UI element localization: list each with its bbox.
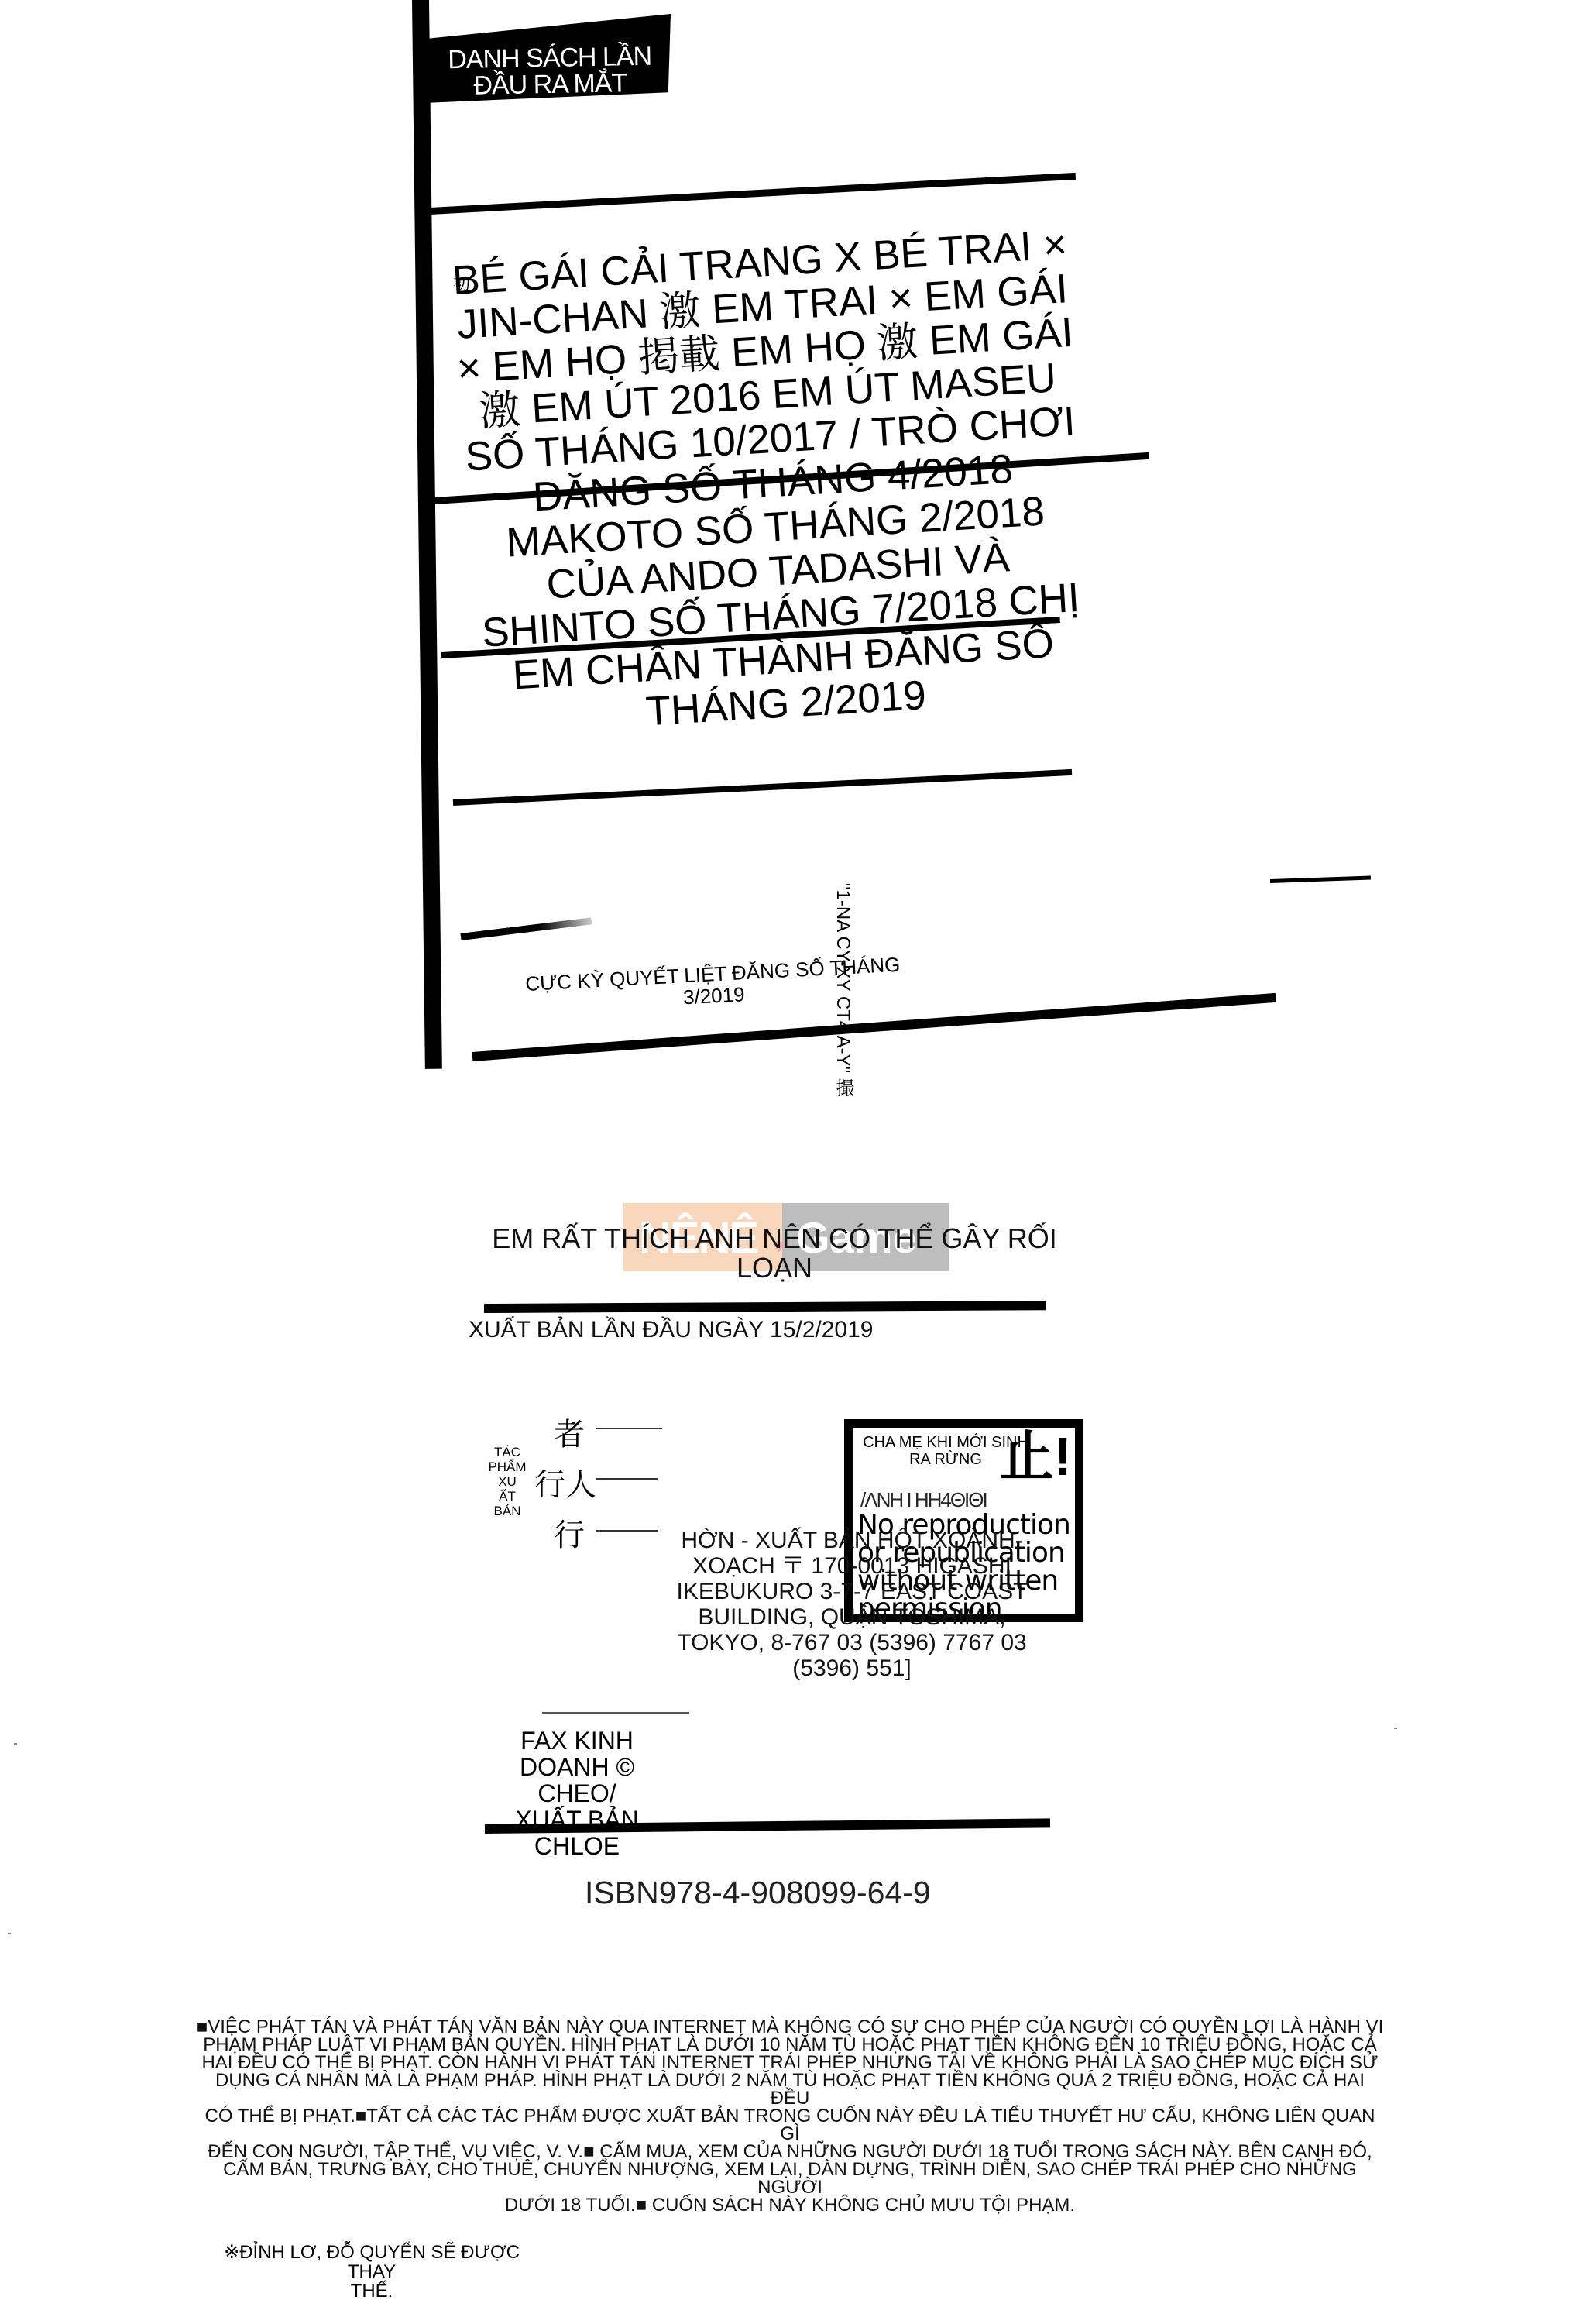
legal-line: ■VIỆC PHÁT TÁN VÀ PHÁT TÁN VĂN BẢN NÀY Q… bbox=[194, 2018, 1386, 2036]
serial-note: CỰC KỲ QUYẾT LIỆT ĐĂNG SỐ THÁNG 3/2019 bbox=[496, 952, 931, 1018]
kanji-author: 者 bbox=[554, 1410, 585, 1454]
credit-label: BẢN bbox=[484, 1504, 531, 1518]
publisher-address: HỜN - XUẤT BẢN HỘT XOÀNH- XOẠCH 〒 170-00… bbox=[643, 1528, 1061, 1681]
credit-label: XU bbox=[484, 1474, 531, 1489]
legal-line: CÓ THỂ BỊ PHẠT.■TẤT CẢ CÁC TÁC PHẨM ĐƯỢC… bbox=[194, 2107, 1386, 2143]
divider-rule bbox=[430, 173, 1076, 215]
scan-speck bbox=[8, 1933, 11, 1934]
fax-copyright: FAX KINH DOANH © CHEO/ XUẤT BẢN CHLOE bbox=[484, 1728, 670, 1859]
footnote: ※ĐỈNH LƠ, ĐỖ QUYỂN SẼ ĐƯỢC THAY THẾ. bbox=[217, 2243, 527, 2301]
credit-dash bbox=[596, 1428, 662, 1429]
credit-labels: TÁC PHẨM XU ẤT BẢN bbox=[484, 1445, 531, 1518]
legal-line: ĐẾN CON NGƯỜI, TẬP THỂ, VỤ VIỆC, V. V.■ … bbox=[194, 2143, 1386, 2161]
stamp-kanji: 止! bbox=[1000, 1429, 1072, 1483]
book-title-line: EM RẤT THÍCH ANH NÊN CÓ THỂ GÂY RỐI bbox=[465, 1224, 1084, 1253]
section-badge-label: DANH SÁCH LẦN ĐẦU RA MẮT bbox=[421, 43, 678, 100]
legal-line: DỤNG CÁ NHÂN MÀ LÀ PHẠM PHÁP. HÌNH PHẠT … bbox=[194, 2071, 1386, 2107]
address-line: BUILDING, QUẬN TOSHIMA, bbox=[643, 1604, 1061, 1630]
isbn: ISBN978-4-908099-64-9 bbox=[585, 1875, 931, 1911]
address-line: HỜN - XUẤT BẢN HỘT XOÀNH- bbox=[643, 1528, 1061, 1553]
footnote-line: THẾ. bbox=[217, 2281, 527, 2301]
legal-line: DƯỚI 18 TUỔI.■ CUỐN SÁCH NÀY KHÔNG CHỦ M… bbox=[194, 2196, 1386, 2214]
divider-rule bbox=[453, 769, 1072, 806]
kanji-publisher: 行人 bbox=[534, 1460, 596, 1504]
divider-rule bbox=[542, 1712, 689, 1714]
legal-line: HAI ĐỀU CÓ THỂ BỊ PHẠT. CÒN HÀNH VI PHÁT… bbox=[194, 2054, 1386, 2071]
credit-label: PHẨM bbox=[484, 1459, 531, 1474]
fax-line: DOANH © CHEO/ bbox=[484, 1754, 670, 1807]
legal-line: CẤM BÁN, TRƯNG BÀY, CHO THUÊ, CHUYỂN NHƯ… bbox=[194, 2161, 1386, 2196]
credit-label: ẤT bbox=[484, 1489, 531, 1504]
fax-line: CHLOE bbox=[484, 1833, 670, 1859]
divider-rule bbox=[460, 917, 592, 940]
kanji-issuer: 行 bbox=[554, 1511, 585, 1555]
publication-list: BÉ GÁI CẢI TRANG X BÉ TRAI × JIN-CHAN 激 … bbox=[441, 222, 1104, 744]
divider-rule bbox=[484, 1301, 1046, 1313]
scan-speck bbox=[1394, 1728, 1397, 1729]
badge-line: DANH SÁCH LẦN bbox=[421, 43, 678, 74]
address-line: (5396) 551] bbox=[643, 1655, 1061, 1681]
first-published-date: XUẤT BẢN LẦN ĐẦU NGÀY 15/2/2019 bbox=[469, 1317, 873, 1343]
fax-line: FAX KINH bbox=[484, 1728, 670, 1754]
credit-label: TÁC bbox=[484, 1445, 531, 1459]
address-line: IKEBUKURO 3-7-7 EAST COAST bbox=[643, 1579, 1061, 1604]
book-title-line: LOẠN bbox=[465, 1253, 1084, 1283]
scan-speck bbox=[14, 1743, 17, 1745]
legal-line: PHẠM PHÁP LUẬT VI PHẠM BẢN QUYỀN. HÌNH P… bbox=[194, 2036, 1386, 2054]
address-line: XOẠCH 〒 170-0013 HIGASHI bbox=[643, 1553, 1061, 1579]
address-line: TOKYO, 8-767 03 (5396) 7767 03 bbox=[643, 1630, 1061, 1655]
frame-vertical-rule bbox=[412, 0, 442, 1069]
credit-dash bbox=[596, 1478, 658, 1480]
book-title: EM RẤT THÍCH ANH NÊN CÓ THỂ GÂY RỐI LOẠN bbox=[465, 1224, 1084, 1283]
legal-notice: ■VIỆC PHÁT TÁN VÀ PHÁT TÁN VĂN BẢN NÀY Q… bbox=[194, 2018, 1386, 2214]
footnote-line: ※ĐỈNH LƠ, ĐỖ QUYỂN SẼ ĐƯỢC THAY bbox=[217, 2243, 527, 2281]
divider-rule bbox=[1270, 875, 1371, 883]
